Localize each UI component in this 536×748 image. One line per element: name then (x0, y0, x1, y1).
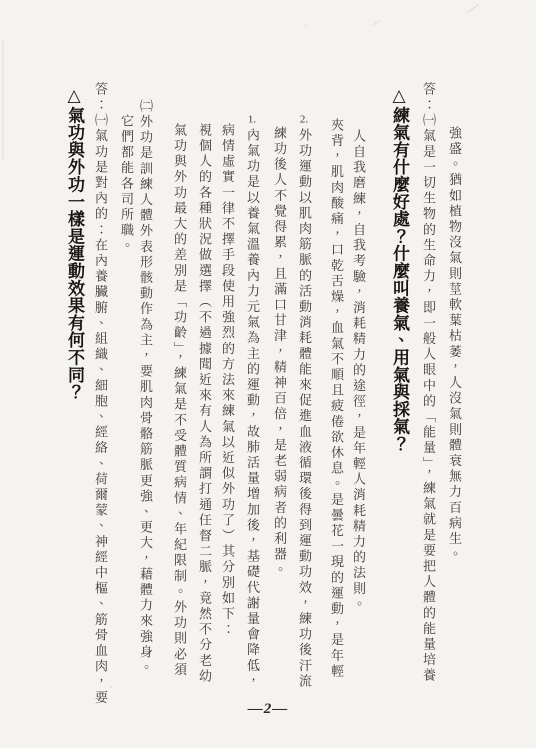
answer-2-item-1-number-marker: 1. (246, 114, 258, 125)
scan-streak (372, 20, 381, 26)
answer-2-line-6: 病情虛實一律不擇手段使用強烈的方法來練氣以近似外功了）其分別如下： (221, 123, 234, 638)
answer-2-line-1: 答：㈠氣功是對內的：在內養臟腑、組織、細胞、經絡、荷爾蒙、神經中樞、筋骨血肉，要 (94, 82, 107, 706)
answer-2-item-2: 2.外功運動以肌肉筋脈的活動消耗體能來促進血液循環後得到運動功效，練功後汗流 (298, 114, 311, 690)
answer-2-item-2-text: 外功運動以肌肉筋脈的活動消耗體能來促進血液循環後得到運動功效，練功後汗流 (297, 128, 312, 690)
question-3-heading-text: △練氣有什麼好處？什麼叫養氣、用氣與採氣？ (390, 86, 409, 452)
answer-2-line-4-text: 氣功與外功最大的差別是「功齡」，練氣是不受體質病情、年紀限制。外功則必須 (172, 123, 187, 678)
answer-3-line-1: 答：㈠氣是一切生物的生命力，即一般人眼中的「能量」，練氣就是要把人體的能量培養 (422, 82, 435, 684)
answer-2-line-6-text: 病情虛實一律不擇手段使用強烈的方法來練氣以近似外功了）其分別如下： (220, 123, 235, 638)
answer-2-item-2c-text: 人自我磨練，自我考驗，消耗精力的途徑，是年輕人消耗精力的法則。 (351, 129, 366, 613)
answer-2-line-5: 視個人的各種狀況做選擇（不過據聞近來有人為所謂打通任督二脈，竟然不分老幼 (198, 123, 211, 685)
answer-2-item-2-number-marker: 2. (298, 114, 310, 125)
answer-3-line-1-text: 答：㈠氣是一切生物的生命力，即一般人眼中的「能量」，練氣就是要把人體的能量培養 (421, 82, 436, 684)
answer-2-item-2b-text: 夾背，肌肉酸痛，口乾舌燥，血氣不順且疲倦欲休息。是曇花一現的運動，是年輕 (329, 118, 344, 680)
scanned-page: △氣功與外功一樣是運動效果有何不同？答：㈠氣功是對內的：在內養臟腑、組織、細胞、… (0, 0, 536, 748)
question-2-heading: △氣功與外功一樣是運動效果有何不同？ (66, 86, 83, 400)
page-number: —2— (218, 701, 318, 718)
answer-2-line-3-text: ㈡外功是訓練人體外表形骸動作為主，要肌肉骨骼筋脈更強、更大，藉體力來強身。 (138, 99, 153, 676)
answer-2-item-1b-text: 練功後人不覺得累，且滿口甘津，精神百倍，是老弱病者的利器。 (272, 126, 287, 578)
answer-3-line-2: 強盛。猶如植物沒氣則莖軟葉枯萎，人沒氣則體衰無力百病生。 (448, 126, 461, 563)
answer-2-item-2c: 人自我磨練，自我考驗，消耗精力的途徑，是年輕人消耗精力的法則。 (352, 129, 365, 613)
answer-2-item-2b: 夾背，肌肉酸痛，口乾舌燥，血氣不順且疲倦欲休息。是曇花一現的運動，是年輕 (330, 118, 343, 680)
scan-edge-shadow (2, 40, 4, 160)
answer-2-line-1-text: 答：㈠氣功是對內的：在內養臟腑、組織、細胞、經絡、荷爾蒙、神經中樞、筋骨血肉，要 (93, 82, 108, 706)
question-3-heading: △練氣有什麼好處？什麼叫養氣、用氣與採氣？ (391, 86, 408, 452)
answer-2-line-4: 氣功與外功最大的差別是「功齡」，練氣是不受體質病情、年紀限制。外功則必須 (173, 123, 186, 678)
scan-speck (110, 686, 112, 688)
answer-2-item-1-text: 內氣功是以養氣溫養內力元氣為主的運動，故肺活量增加後，基礎代謝量會降低， (245, 128, 260, 690)
answer-2-line-2-text: 它們都能各司所職。 (119, 114, 134, 254)
answer-2-item-1: 1.內氣功是以養氣溫養內力元氣為主的運動，故肺活量增加後，基礎代謝量會降低， (246, 114, 259, 690)
scan-speck (303, 25, 306, 26)
answer-2-line-2: 它們都能各司所職。 (120, 114, 133, 254)
answer-2-item-1b: 練功後人不覺得累，且滿口甘津，精神百倍，是老弱病者的利器。 (273, 126, 286, 578)
question-2-heading-text: △氣功與外功一樣是運動效果有何不同？ (65, 86, 84, 400)
scan-streak (467, 4, 479, 13)
answer-2-line-3: ㈡外功是訓練人體外表形骸動作為主，要肌肉骨骼筋脈更強、更大，藉體力來強身。 (139, 99, 152, 676)
answer-2-line-5-text: 視個人的各種狀況做選擇（不過據聞近來有人為所謂打通任督二脈，竟然不分老幼 (197, 123, 212, 685)
answer-3-line-2-text: 強盛。猶如植物沒氣則莖軟葉枯萎，人沒氣則體衰無力百病生。 (447, 126, 462, 563)
